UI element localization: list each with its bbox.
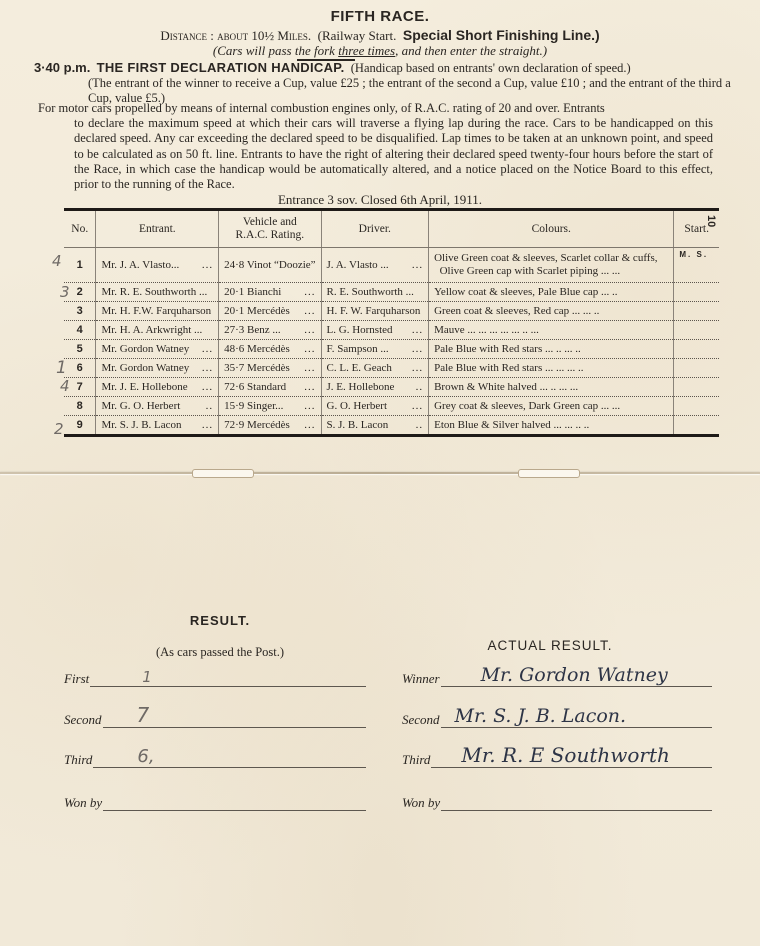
table-row: 3 Mr. H. F.W. Farquharson 20·1 Mercédès.… bbox=[64, 302, 719, 321]
fork-note: (Cars will pass the fork three times, an… bbox=[0, 43, 760, 59]
cell-start bbox=[674, 397, 719, 416]
event-basis: (Handicap based on entrants' own declara… bbox=[351, 61, 631, 75]
cell-driver: R. E. Southworth ... bbox=[321, 283, 429, 302]
cell-start bbox=[674, 302, 719, 321]
cell-start bbox=[674, 321, 719, 340]
finishing-line-note: Special Short Finishing Line.) bbox=[403, 27, 600, 43]
cell-vehicle: 27·3 Benz ...... bbox=[219, 321, 321, 340]
cell-start bbox=[674, 416, 719, 436]
actual-won-by-label: Won by bbox=[402, 795, 440, 811]
cell-vehicle: 15·9 Singer...... bbox=[219, 397, 321, 416]
actual-second-value: Mr. S. J. B. Lacon. bbox=[455, 705, 627, 727]
table-row: 5 Mr. Gordon Watney... 48·6 Mercédès... … bbox=[64, 340, 719, 359]
actual-winner-field[interactable]: Winner Mr. Gordon Watney bbox=[402, 670, 712, 687]
actual-third-value: Mr. R. E Southworth bbox=[461, 743, 669, 767]
entries-table: No. Entrant. Vehicle andR.A.C. Rating. D… bbox=[64, 208, 719, 437]
cell-colours: Olive Green coat & sleeves, Scarlet coll… bbox=[429, 248, 674, 283]
cell-entrant: Mr. G. O. Herbert.. bbox=[96, 397, 219, 416]
margin-mark-row-2: 3 bbox=[60, 283, 70, 301]
distance-label: Distance : about 10½ Miles. bbox=[160, 28, 311, 43]
cell-entrant: Mr. Gordon Watney... bbox=[96, 340, 219, 359]
cell-colours: Grey coat & sleeves, Dark Green cap ... … bbox=[429, 397, 674, 416]
margin-mark-row-6: 1 bbox=[56, 358, 67, 378]
cell-colours: Green coat & sleeves, Red cap ... ... .. bbox=[429, 302, 674, 321]
cell-driver: J. A. Vlasto ...... bbox=[321, 248, 429, 283]
cell-entrant: Mr. S. J. B. Lacon... bbox=[96, 416, 219, 436]
table-row: 4 Mr. H. A. Arkwright ... 27·3 Benz ....… bbox=[64, 321, 719, 340]
cell-colours: Pale Blue with Red stars ... .. ... .. bbox=[429, 340, 674, 359]
result-title: RESULT. bbox=[50, 613, 390, 628]
table-row: 1 Mr. J. A. Vlasto...... 24·8 Vinot “Doo… bbox=[64, 248, 719, 283]
result-first-field[interactable]: First 1 bbox=[64, 670, 366, 687]
fork-note-underlined: three times bbox=[338, 43, 395, 58]
table-row: 7 Mr. J. E. Hollebone... 72·6 Standard..… bbox=[64, 378, 719, 397]
cell-vehicle: 24·8 Vinot “Doozie” bbox=[219, 248, 321, 283]
cell-driver: J. E. Hollebone.. bbox=[321, 378, 429, 397]
cell-vehicle: 20·1 Mercédès... bbox=[219, 302, 321, 321]
actual-third-label: Third bbox=[402, 752, 430, 768]
actual-winner-label: Winner bbox=[402, 671, 440, 687]
table-header-row: No. Entrant. Vehicle andR.A.C. Rating. D… bbox=[64, 210, 719, 248]
margin-mark-row-7: 4 bbox=[60, 377, 70, 395]
actual-third-field[interactable]: Third Mr. R. E Southworth bbox=[402, 751, 712, 768]
result-first-value: 1 bbox=[142, 668, 152, 686]
fold-tear bbox=[192, 469, 254, 478]
table-row: 9 Mr. S. J. B. Lacon... 72·9 Mercédès...… bbox=[64, 416, 719, 436]
result-won-by-field[interactable]: Won by bbox=[64, 794, 366, 811]
fork-note-post: , and then enter the straight.) bbox=[395, 43, 547, 58]
table-row: 8 Mr. G. O. Herbert.. 15·9 Singer...... … bbox=[64, 397, 719, 416]
event-time: 3·40 p.m. bbox=[34, 60, 90, 75]
cell-driver: C. L. E. Geach... bbox=[321, 359, 429, 378]
race-title: FIFTH RACE. bbox=[0, 8, 760, 25]
cell-driver: H. F. W. Farquharson bbox=[321, 302, 429, 321]
actual-result-title: ACTUAL RESULT. bbox=[395, 638, 705, 653]
cell-no: 5 bbox=[64, 340, 96, 359]
cell-vehicle: 48·6 Mercédès... bbox=[219, 340, 321, 359]
cell-vehicle: 20·1 Bianchi... bbox=[219, 283, 321, 302]
fold-tear bbox=[518, 469, 580, 478]
margin-mark-row-9: 2 bbox=[54, 420, 64, 438]
event-description: 3·40 p.m. THE FIRST DECLARATION HANDICAP… bbox=[34, 60, 734, 106]
cell-entrant: Mr. H. F.W. Farquharson bbox=[96, 302, 219, 321]
actual-second-label: Second bbox=[402, 712, 440, 728]
rules-first-line: For motor cars propelled by means of int… bbox=[38, 101, 605, 115]
header-vehicle-line2: R.A.C. Rating. bbox=[235, 229, 304, 241]
header-driver: Driver. bbox=[321, 210, 429, 248]
cell-entrant: Mr. H. A. Arkwright ... bbox=[96, 321, 219, 340]
cell-colours: Brown & White halved ... .. ... ... bbox=[429, 378, 674, 397]
race-rules: For motor cars propelled by means of int… bbox=[38, 101, 713, 192]
result-third-value: 6, bbox=[137, 746, 154, 767]
margin-mark-row-1: 4 bbox=[52, 252, 62, 270]
cell-no: 3 bbox=[64, 302, 96, 321]
header-vehicle-line1: Vehicle and bbox=[243, 216, 297, 228]
actual-winner-value: Mr. Gordon Watney bbox=[481, 664, 668, 686]
distance-line: Distance : about 10½ Miles. (Railway Sta… bbox=[0, 27, 760, 44]
cell-colours: Eton Blue & Silver halved ... ... .. .. bbox=[429, 416, 674, 436]
header-no: No. bbox=[64, 210, 96, 248]
cell-no: 8 bbox=[64, 397, 96, 416]
cell-vehicle: 35·7 Mercédès... bbox=[219, 359, 321, 378]
start-note: (Railway Start. bbox=[318, 28, 397, 43]
rules-rest: to declare the maximum speed at which th… bbox=[38, 116, 713, 192]
cell-start bbox=[674, 378, 719, 397]
actual-second-field[interactable]: Second Mr. S. J. B. Lacon. bbox=[402, 711, 712, 728]
result-first-label: First bbox=[64, 671, 89, 687]
result-third-field[interactable]: Third 6, bbox=[64, 751, 366, 768]
cell-no: 6 bbox=[64, 359, 96, 378]
cell-colours: Yellow coat & sleeves, Pale Blue cap ...… bbox=[429, 283, 674, 302]
cell-entrant: Mr. J. E. Hollebone... bbox=[96, 378, 219, 397]
cell-driver: L. G. Hornsted... bbox=[321, 321, 429, 340]
header-start: Start. bbox=[674, 210, 719, 248]
cell-driver: F. Sampson ...... bbox=[321, 340, 429, 359]
actual-won-by-field[interactable]: Won by bbox=[402, 794, 712, 811]
fold-crease bbox=[0, 472, 760, 474]
cell-driver: S. J. B. Lacon.. bbox=[321, 416, 429, 436]
fork-note-pre: (Cars will pass the fork bbox=[213, 43, 338, 58]
header-vehicle: Vehicle andR.A.C. Rating. bbox=[219, 210, 321, 248]
result-second-label: Second bbox=[64, 712, 102, 728]
cell-start bbox=[674, 340, 719, 359]
result-second-field[interactable]: Second 7 bbox=[64, 711, 366, 728]
cell-colours: Mauve ... ... ... ... ... .. ... bbox=[429, 321, 674, 340]
table-row: 2 Mr. R. E. Southworth ... 20·1 Bianchi.… bbox=[64, 283, 719, 302]
result-second-value: 7 bbox=[137, 703, 150, 727]
result-subtitle: (As cars passed the Post.) bbox=[50, 645, 390, 660]
table-row: 6 Mr. Gordon Watney... 35·7 Mercédès... … bbox=[64, 359, 719, 378]
cell-driver: G. O. Herbert... bbox=[321, 397, 429, 416]
cell-entrant: Mr. J. A. Vlasto...... bbox=[96, 248, 219, 283]
cell-start bbox=[674, 359, 719, 378]
result-third-label: Third bbox=[64, 752, 92, 768]
result-won-by-label: Won by bbox=[64, 795, 102, 811]
cell-vehicle: 72·6 Standard... bbox=[219, 378, 321, 397]
header-colours: Colours. bbox=[429, 210, 674, 248]
header-entrant: Entrant. bbox=[96, 210, 219, 248]
cell-entrant: Mr. R. E. Southworth ... bbox=[96, 283, 219, 302]
event-name: THE FIRST DECLARATION HANDICAP. bbox=[97, 60, 345, 75]
cell-no: 4 bbox=[64, 321, 96, 340]
entrance-info: Entrance 3 sov. Closed 6th April, 1911. bbox=[0, 192, 760, 208]
cell-no: 9 bbox=[64, 416, 96, 436]
cell-no: 1 bbox=[64, 248, 96, 283]
cell-start: M. S. bbox=[674, 248, 719, 283]
cell-vehicle: 72·9 Mercédès... bbox=[219, 416, 321, 436]
cell-colours: Pale Blue with Red stars ... ... ... .. bbox=[429, 359, 674, 378]
cell-start bbox=[674, 283, 719, 302]
cell-entrant: Mr. Gordon Watney... bbox=[96, 359, 219, 378]
